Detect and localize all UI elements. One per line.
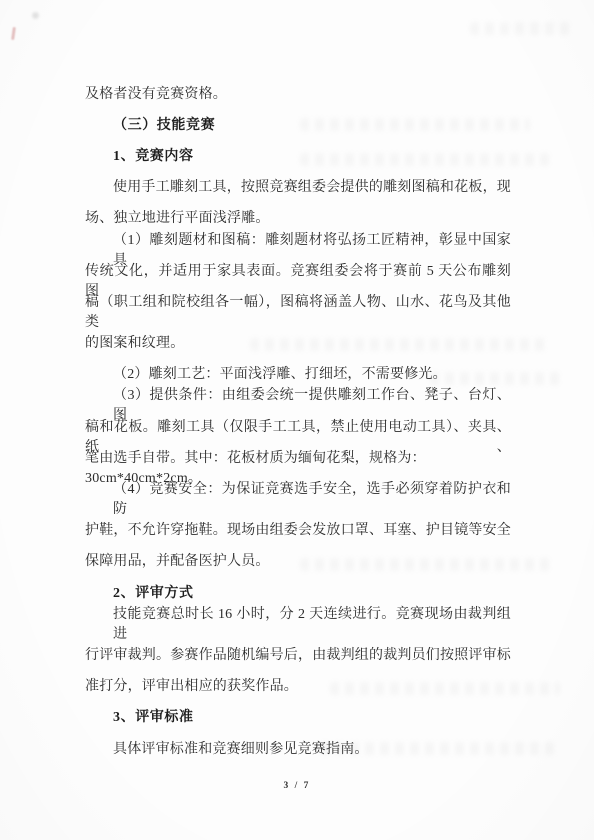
text-line: 使用手工雕刻工具，按照竞赛组委会提供的雕刻图稿和花板，现 — [85, 171, 511, 202]
text-line: 准打分，评审出相应的获奖作品。 — [85, 670, 511, 701]
text-line: （4）竞赛安全：为保证竞赛选手安全，选手必须穿着防护衣和防 — [85, 482, 511, 513]
document-body: 及格者没有竞赛资格。（三）技能竞赛1、竞赛内容使用手工雕刻工具，按照竞赛组委会提… — [85, 77, 511, 763]
heading-line: 1、竞赛内容 — [85, 139, 511, 170]
text-line: 稿（职工组和院校组各一幅），图稿将涵盖人物、山水、花鸟及其他类 — [85, 295, 511, 326]
text-line: 保障用品，并配备医护人员。 — [85, 545, 511, 576]
document-page: 及格者没有竞赛资格。（三）技能竞赛1、竞赛内容使用手工雕刻工具，按照竞赛组委会提… — [0, 0, 594, 840]
heading-line: （三）技能竞赛 — [85, 108, 511, 139]
text-line: 技能竞赛总时长 16 小时，分 2 天连续进行。竞赛现场由裁判组进 — [85, 607, 511, 638]
text-line: 护鞋，不允许穿拖鞋。现场由组委会发放口罩、耳塞、护目镜等安全 — [85, 514, 511, 545]
bleedthrough-ghost — [470, 22, 570, 35]
red-scan-mark — [11, 27, 16, 40]
page-number: 3 / 7 — [0, 781, 594, 791]
text-line: 及格者没有竞赛资格。 — [85, 77, 511, 108]
gray-scan-mark — [32, 12, 39, 19]
text-line: 的图案和纹理。 — [85, 327, 511, 358]
text-line: 具体评审标准和竞赛细则参见竞赛指南。 — [85, 732, 511, 763]
heading-line: 3、评审标准 — [85, 701, 511, 732]
text-line: 行评审裁判。参赛作品随机编号后，由裁判组的裁判员们按照评审标 — [85, 638, 511, 669]
